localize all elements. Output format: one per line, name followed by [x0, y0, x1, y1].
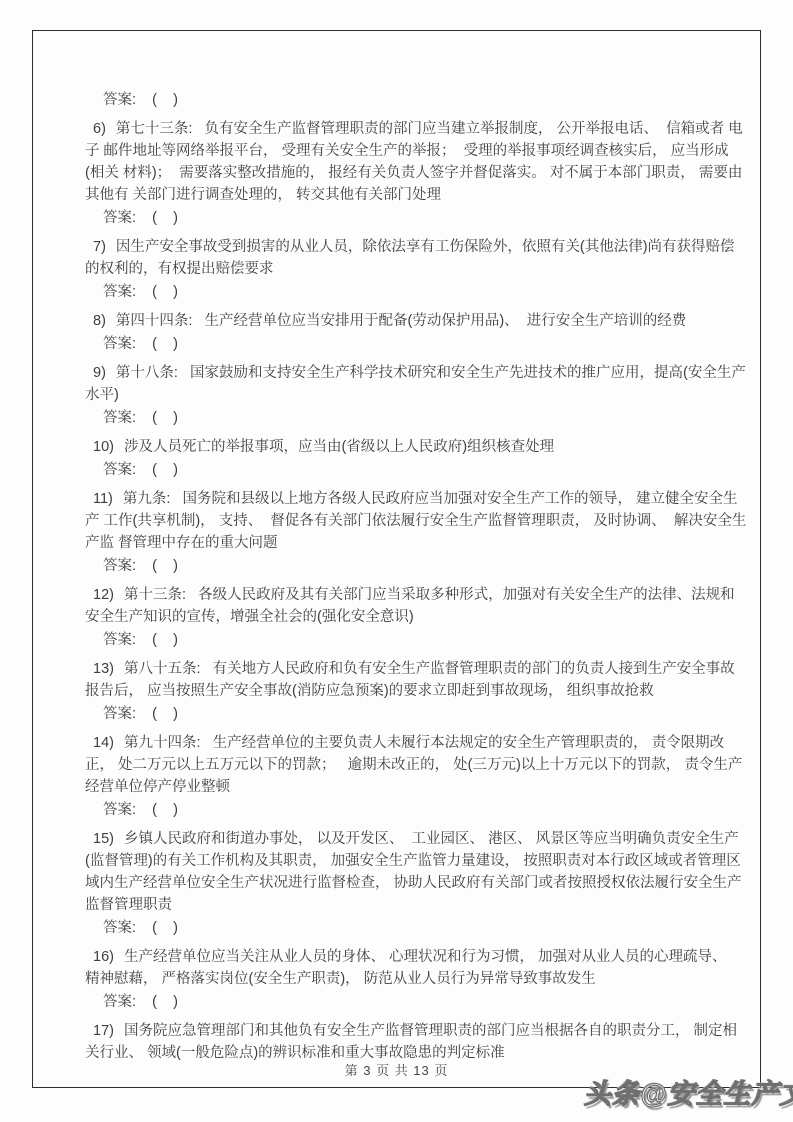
question-text: 涉及人员死亡的举报事项，应当由(省级以上人民政府)组织核查处理 [124, 439, 554, 455]
question-text: 第十八条: 国家鼓励和支持安全生产科学技术研究和安全生产先进技术的推广应用，提高… [85, 365, 746, 403]
question-text: 第十三条: 各级人民政府及其有关部门应当采取多种形式，加强对有关安全生产的法律、… [85, 587, 735, 625]
question-item: 8)第四十四条: 生产经营单位应当安排用于配备(劳动保护用品)、 进行安全生产培… [85, 310, 747, 332]
document-page: 答案: ( ) 6)第七十三条: 负有安全生产监督管理职责的部门应当建立举报制度… [0, 0, 793, 1122]
question-text: 因生产安全事故受到损害的从业人员，除依法享有工伤保险外，依照有关(其他法律)尚有… [85, 239, 735, 277]
question-number: 16) [93, 949, 114, 965]
question-text: 第四十四条: 生产经营单位应当安排用于配备(劳动保护用品)、 进行安全生产培训的… [116, 313, 686, 329]
question-item: 7)因生产安全事故受到损害的从业人员，除依法享有工伤保险外，依照有关(其他法律)… [85, 236, 747, 280]
answer-line: 答案: ( ) [85, 991, 747, 1013]
watermark-text: 头条@安全生产文库 [584, 1072, 793, 1111]
question-text: 第七十三条: 负有安全生产监督管理职责的部门应当建立举报制度， 公开举报电话、 … [85, 121, 743, 203]
question-number: 17) [93, 1023, 114, 1039]
question-number: 12) [93, 587, 114, 603]
question-text: 国务院应急管理部门和其他负有安全生产监督管理职责的部门应当根据各自的职责分工， … [85, 1023, 737, 1061]
answer-line: 答案: ( ) [85, 629, 747, 651]
answer-line: 答案: ( ) [85, 703, 747, 725]
answer-line: 答案: ( ) [85, 407, 747, 429]
question-text: 第九条: 国务院和县级以上地方各级人民政府应当加强对安全生产工作的领导， 建立健… [85, 491, 746, 551]
question-number: 6) [93, 121, 106, 137]
question-item: 10)涉及人员死亡的举报事项，应当由(省级以上人民政府)组织核查处理 [85, 436, 747, 458]
question-number: 15) [93, 831, 114, 847]
question-item: 17)国务院应急管理部门和其他负有安全生产监督管理职责的部门应当根据各自的职责分… [85, 1020, 747, 1064]
question-item: 13)第八十五条: 有关地方人民政府和负有安全生产监督管理职责的部门的负责人接到… [85, 658, 747, 702]
answer-line: 答案: ( ) [85, 555, 747, 577]
document-content: 答案: ( ) 6)第七十三条: 负有安全生产监督管理职责的部门应当建立举报制度… [85, 88, 747, 1064]
answer-line: 答案: ( ) [85, 89, 747, 111]
question-number: 10) [93, 439, 114, 455]
question-item: 14)第九十四条: 生产经营单位的主要负责人未履行本法规定的安全生产管理职责的，… [85, 732, 747, 798]
question-number: 9) [93, 365, 106, 381]
question-item: 16)生产经营单位应当关注从业人员的身体、 心理状况和行为习惯， 加强对从业人员… [85, 946, 747, 990]
question-number: 7) [93, 239, 106, 255]
answer-line: 答案: ( ) [85, 281, 747, 303]
answer-line: 答案: ( ) [85, 333, 747, 355]
answer-line: 答案: ( ) [85, 459, 747, 481]
answer-line: 答案: ( ) [85, 799, 747, 821]
question-text: 乡镇人民政府和街道办事处， 以及开发区、 工业园区、 港区、 风景区等应当明确负… [85, 831, 742, 913]
question-text: 第九十四条: 生产经营单位的主要负责人未履行本法规定的安全生产管理职责的， 责令… [85, 735, 742, 795]
question-item: 12)第十三条: 各级人民政府及其有关部门应当采取多种形式，加强对有关安全生产的… [85, 584, 747, 628]
question-item: 6)第七十三条: 负有安全生产监督管理职责的部门应当建立举报制度， 公开举报电话… [85, 118, 747, 206]
items-container: 6)第七十三条: 负有安全生产监督管理职责的部门应当建立举报制度， 公开举报电话… [85, 118, 747, 1064]
question-item: 15)乡镇人民政府和街道办事处， 以及开发区、 工业园区、 港区、 风景区等应当… [85, 828, 747, 916]
question-number: 8) [93, 313, 106, 329]
question-text: 第八十五条: 有关地方人民政府和负有安全生产监督管理职责的部门的负责人接到生产安… [85, 661, 735, 699]
question-item: 9)第十八条: 国家鼓励和支持安全生产科学技术研究和安全生产先进技术的推广应用，… [85, 362, 747, 406]
question-item: 11)第九条: 国务院和县级以上地方各级人民政府应当加强对安全生产工作的领导， … [85, 488, 747, 554]
question-text: 生产经营单位应当关注从业人员的身体、 心理状况和行为习惯， 加强对从业人员的心理… [85, 949, 735, 987]
question-number: 14) [93, 735, 114, 751]
answer-line: 答案: ( ) [85, 917, 747, 939]
question-number: 13) [93, 661, 114, 677]
answer-line: 答案: ( ) [85, 207, 747, 229]
question-number: 11) [93, 491, 113, 507]
